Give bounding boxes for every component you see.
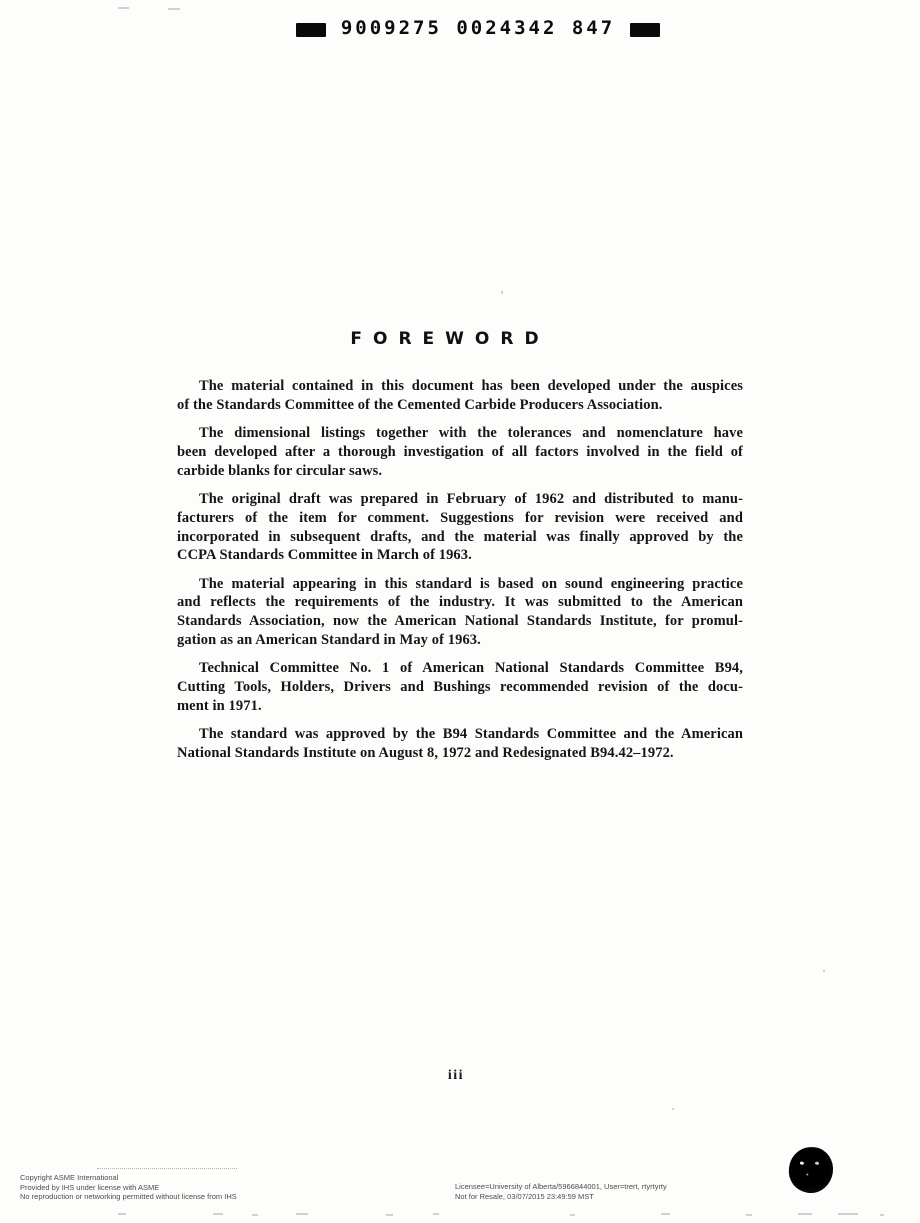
document-number-header: 9009275 0024342 847 [18, 17, 920, 39]
document-number: 9009275 0024342 847 [341, 17, 615, 39]
ink-blot-speck [806, 1173, 808, 1175]
scan-artifact [118, 7, 129, 9]
header-right-bar-icon [630, 23, 660, 37]
paragraph-line: Technical Committee No. 1 of American Na… [177, 659, 743, 678]
scan-artifact [672, 1108, 674, 1110]
foreword-paragraphs: The material contained in this document … [177, 377, 743, 772]
scan-artifact [213, 1213, 223, 1215]
paragraph-line: Standards Association, now the American … [177, 612, 743, 631]
license-line: Licensee=University of Alberta/596684400… [455, 1182, 667, 1192]
paragraph-line: incorporated in subsequent drafts, and t… [177, 528, 743, 547]
scan-artifact [501, 291, 503, 294]
copyright-line: Provided by IHS under license with ASME [20, 1183, 237, 1193]
license-line: Not for Resale, 03/07/2015 23:49:59 MST [455, 1192, 667, 1202]
ink-blot [786, 1144, 836, 1196]
paragraph: The material appearing in this standard … [177, 575, 743, 650]
paragraph-line: carbide blanks for circular saws. [177, 462, 743, 481]
header-left-bar-icon [296, 23, 326, 37]
paragraph-line: The material contained in this document … [177, 377, 743, 396]
scan-artifact [823, 970, 825, 972]
scan-artifact [296, 1213, 308, 1215]
scan-artifact-dotted-line [97, 1168, 237, 1169]
page-title: FOREWORD [167, 329, 733, 349]
paragraph-line: gation as an American Standard in May of… [177, 631, 743, 650]
paragraph-line: The standard was approved by the B94 Sta… [177, 725, 743, 744]
copyright-line: Copyright ASME International [20, 1173, 237, 1183]
page-number: iii [0, 1068, 916, 1084]
paragraph-line: been developed after a thorough investig… [177, 443, 743, 462]
paragraph: The original draft was prepared in Febru… [177, 490, 743, 565]
scan-artifact [661, 1213, 670, 1215]
paragraph-line: The material appearing in this standard … [177, 575, 743, 594]
license-notice: Licensee=University of Alberta/596684400… [455, 1182, 667, 1201]
paragraph: The standard was approved by the B94 Sta… [177, 725, 743, 762]
paragraph-line: The dimensional listings together with t… [177, 424, 743, 443]
paragraph: Technical Committee No. 1 of American Na… [177, 659, 743, 715]
scan-artifact [252, 1214, 258, 1216]
paragraph-line: ment in 1971. [177, 697, 743, 716]
scan-artifact [746, 1214, 752, 1216]
scan-artifact [798, 1213, 812, 1215]
paragraph-line: facturers of the item for comment. Sugge… [177, 509, 743, 528]
document-page: 9009275 0024342 847 FOREWORD The materia… [0, 0, 920, 1223]
paragraph-line: The original draft was prepared in Febru… [177, 490, 743, 509]
scan-artifact [168, 8, 180, 10]
scan-artifact [118, 1213, 126, 1215]
paragraph-line: and reflects the requirements of the ind… [177, 593, 743, 612]
ink-blot-speck [800, 1161, 804, 1165]
scan-artifact [433, 1213, 439, 1215]
paragraph-line: Cutting Tools, Holders, Drivers and Bush… [177, 678, 743, 697]
paragraph: The material contained in this document … [177, 377, 743, 414]
ink-blot-speck [815, 1162, 819, 1166]
copyright-line: No reproduction or networking permitted … [20, 1192, 237, 1202]
scan-artifact [386, 1214, 393, 1216]
paragraph-line: of the Standards Committee of the Cement… [177, 396, 743, 415]
scan-artifact [570, 1214, 575, 1216]
copyright-notice: Copyright ASME International Provided by… [20, 1173, 237, 1202]
paragraph-line: National Standards Institute on August 8… [177, 744, 743, 763]
scan-artifact [880, 1214, 884, 1216]
paragraph-line: CCPA Standards Committee in March of 196… [177, 546, 743, 565]
paragraph: The dimensional listings together with t… [177, 424, 743, 480]
scan-artifact [838, 1213, 858, 1215]
